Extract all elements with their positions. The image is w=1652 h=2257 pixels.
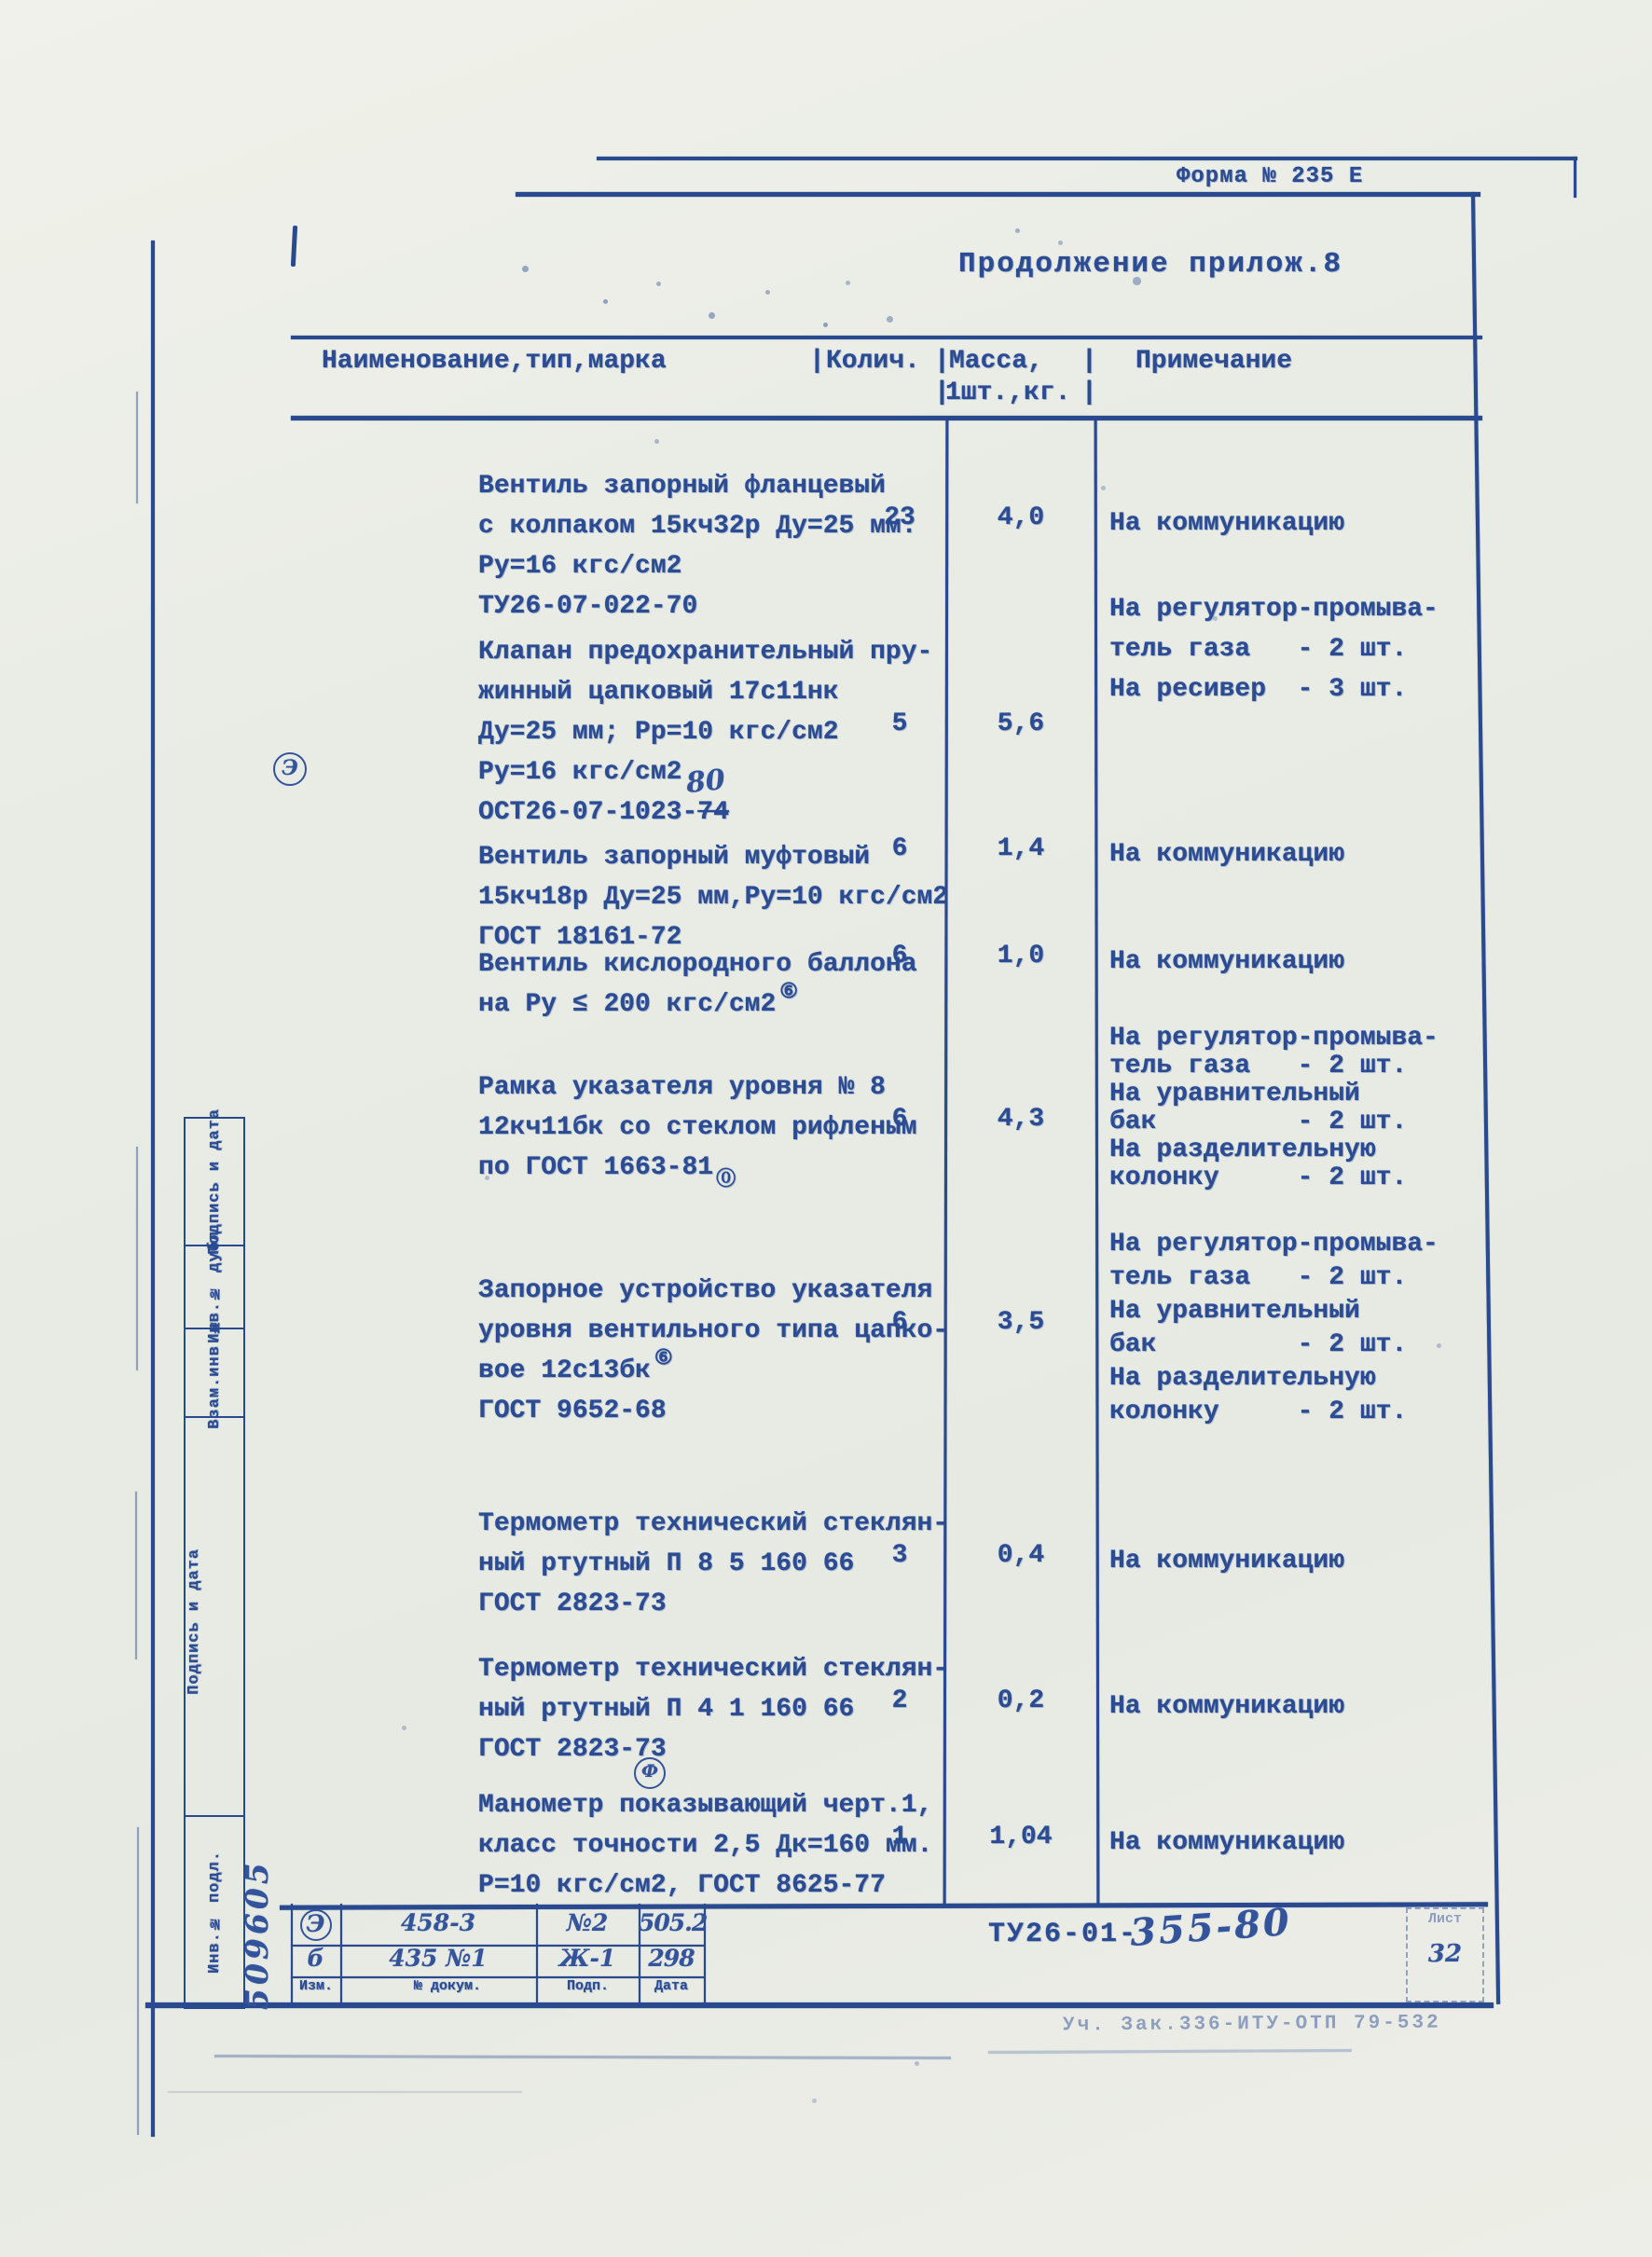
item-name-lines: Клапан предохранительный пру- жинный цап… [322, 589, 928, 790]
mass-cell: 1,04 [951, 1742, 1091, 1851]
note-line: На регулятор-промыва- [1109, 1025, 1487, 1053]
item-name-lines: Термометр технический стеклян- ный ртутн… [322, 1461, 928, 1581]
item-name-line: Рамка указателя уровня № 8 [322, 1025, 928, 1065]
note-cell: На регулятор-промыва-тель газа - 2 шт.На… [1109, 1228, 1487, 1429]
item-name-line: Ру=16 кгс/см2 [322, 503, 928, 544]
item-name-line: 15кч18р Ду=25 мм,Ру=10 кгс/см2 [322, 834, 928, 874]
change-mark: б [307, 1945, 324, 1972]
label-dokum: № докум. [364, 1978, 531, 1994]
date-cell: 505.2 [639, 1909, 704, 1936]
side-strip-box: Подпись и дата [184, 1416, 245, 1817]
signature-cell: №2 [536, 1909, 639, 1936]
qty-cell: 1 [839, 1742, 960, 1851]
item-name-lines: Вентиль запорный муфтовый 15кч18р Ду=25 … [322, 794, 928, 915]
qty-cell: 6 [839, 901, 960, 970]
item-name-line: класс точности 2,5 Дк=160 мм.Ф [322, 1782, 928, 1823]
item-name-line: Термометр технический стеклян- [322, 1461, 928, 1501]
mass-cell: 1,0 [951, 901, 1091, 970]
note-cell: На коммуникацию [1109, 901, 1487, 982]
item-name-line: ТУ26-07-022-70 [322, 544, 928, 584]
circled-note-mark: ⑥ [779, 972, 798, 1012]
change-mark-cell: б [291, 1945, 340, 1972]
margin-annotation: Э [273, 752, 307, 786]
note-line: На разделительную [1109, 1362, 1487, 1396]
note-line: тель газа - 2 шт. [1109, 1053, 1487, 1080]
signature-cell: Ж-1 [536, 1945, 639, 1972]
note-line: На коммуникацию [1109, 503, 1487, 544]
change-mark-cell: Э [291, 1909, 340, 1941]
note-line: На коммуникацию [1109, 1823, 1487, 1863]
item-name-line: ный ртутный П 8 5 160 66 [322, 1501, 928, 1541]
side-strip: Подпись и дата Инв.№ дубл Взам.инв.№ Под… [184, 1117, 245, 2009]
label-izm: Изм. [293, 1978, 339, 1994]
mass-cell: 3,5 [951, 1228, 1091, 1337]
item-name-line: Ру=16 кгс/см2 [322, 709, 928, 750]
item-name-line: с колпаком 15кч32р Ду=25 мм. [322, 463, 928, 503]
item-name-text: по ГОСТ 1663-81 [478, 1153, 713, 1182]
item-name-line: ГОСТ 9652-68 [322, 1348, 928, 1388]
item-name-line: Вентиль запорный муфтовый [322, 794, 928, 834]
item-name-lines: Запорное устройство указателя уровня вен… [322, 1228, 928, 1388]
note-cell: На коммуникацию [1109, 1461, 1487, 1581]
note-line: тель газа - 2 шт. [1109, 629, 1487, 669]
item-name-line: 12кч11бк со стеклом рифленым [322, 1065, 928, 1105]
side-strip-label: Взам.инв.№ [206, 1316, 224, 1429]
note-line: На коммуникацию [1109, 942, 1487, 982]
mass-cell: 4,3 [951, 1025, 1091, 1134]
qty-cell: 2 [839, 1606, 960, 1715]
qty-cell: 23 [839, 423, 960, 532]
note-line: бак - 2 шт. [1109, 1108, 1487, 1136]
item-name-text: на Ру ≤ 200 кгс/см2 [478, 990, 776, 1019]
item-name-text: Р=10 кгс/см2, ГОСТ 8625-77 [478, 1871, 886, 1900]
qty-cell: 3 [839, 1461, 960, 1570]
note-cell: На регулятор-промыва-тель газа - 2 шт.На… [1109, 1025, 1487, 1192]
change-mark: Э [300, 1909, 332, 1941]
item-name-line: Вентиль запорный фланцевый [322, 423, 928, 463]
item-name-line: Запорное устройство указателя [322, 1228, 928, 1268]
date-cell: 298 [639, 1945, 704, 1972]
item-name-line: Манометр показывающий черт.1, [322, 1742, 928, 1782]
item-name-lines: Термометр технический стеклян- ный ртутн… [322, 1606, 928, 1727]
paper-speckles [0, 0, 3, 3]
mass-cell: 5,6 [951, 589, 1091, 738]
inventory-number: 509605 [239, 1842, 275, 2010]
note-line: На коммуникацию [1109, 1686, 1487, 1727]
item-name-line: вое 12с13бк⑥ [322, 1308, 928, 1348]
document-number-typed: ТУ26-01- [988, 1919, 1137, 1950]
side-strip-box: Взам.инв.№ [184, 1328, 245, 1418]
doc-number-cell: 458-3 [340, 1909, 536, 1936]
doc-number-cell: 435 №1 [340, 1945, 536, 1972]
qty-cell: 6 [839, 1228, 960, 1337]
mass-cell: 4,0 [951, 423, 1091, 532]
item-name-line: ный ртутный П 4 1 160 66 [322, 1646, 928, 1686]
side-strip-box: Подпись и дата [184, 1117, 245, 1246]
note-line: На коммуникацию [1109, 1541, 1487, 1581]
item-name-line: жинный цапковый 17с11нк [322, 629, 928, 669]
note-line: На разделительную [1109, 1136, 1487, 1164]
note-cell: На коммуникацию [1109, 1742, 1487, 1863]
item-name-lines: Манометр показывающий черт.1, класс точн… [322, 1742, 928, 1863]
item-name-line: уровня вентильного типа цапко- [322, 1268, 928, 1308]
label-podp: Подп. [544, 1978, 632, 1994]
item-name-line: ЭОСТ26-07-1023-7480 [322, 750, 928, 790]
scanned-page: Форма № 235 Е Продолжение прилож.8 Наиме… [0, 0, 1652, 2257]
note-line: На уравнительный [1109, 1295, 1487, 1328]
qty-cell: 6 [839, 794, 960, 863]
sheet-label: Лист [1408, 1911, 1482, 1927]
note-line: На регулятор-промыва- [1109, 589, 1487, 629]
note-line: бак - 2 шт. [1109, 1328, 1487, 1362]
floating-circled-mark: Ф [634, 1757, 666, 1789]
item-name-line: Вентиль кислородного баллона [322, 901, 928, 942]
item-name-line: Ду=25 мм; Рр=10 кгс/см2 [322, 669, 928, 709]
note-cell: На коммуникацию [1109, 423, 1487, 544]
mass-cell: 0,4 [951, 1461, 1091, 1570]
circled-note-mark-sub: ⓪ [716, 1161, 736, 1201]
sheet-box: Лист 32 [1406, 1907, 1484, 2002]
note-line: На регулятор-промыва- [1109, 1228, 1487, 1261]
qty-cell: 5 [839, 589, 960, 738]
mass-cell: 1,4 [951, 794, 1091, 863]
side-strip-label: Подпись и дата [186, 1548, 203, 1695]
mass-cell: 0,2 [951, 1606, 1091, 1715]
item-name-lines: Рамка указателя уровня № 8 12кч11бк со с… [322, 1025, 928, 1145]
item-name-line: Клапан предохранительный пру- [322, 589, 928, 629]
sheet-number: 32 [1408, 1940, 1482, 1968]
item-name-line: по ГОСТ 1663-81⓪ [322, 1105, 928, 1145]
side-strip-label: Инв.№ подл. [206, 1851, 224, 1974]
note-cell: На регулятор-промыва-тель газа - 2 шт.На… [1109, 589, 1487, 709]
note-line: колонку - 2 шт. [1109, 1396, 1487, 1429]
item-name-lines: Вентиль кислородного баллона на Ру ≤ 200… [322, 901, 928, 982]
item-name-lines: Вентиль запорный фланцевый с колпаком 15… [322, 423, 928, 584]
note-cell: На коммуникацию [1109, 1606, 1487, 1727]
item-name-line: Р=10 кгс/см2, ГОСТ 8625-77 [322, 1823, 928, 1863]
side-strip-box: Инв.№ подл. [184, 1815, 245, 2009]
stamp-text: Уч. Зак.336-ИТУ-ОТП 79-532 [1063, 2013, 1441, 2037]
faint-line [168, 2091, 522, 2093]
note-line: На коммуникацию [1109, 834, 1487, 874]
item-name-line: Термометр технический стеклян- [322, 1606, 928, 1646]
item-name-line: ГОСТ 2823-73 [322, 1686, 928, 1727]
note-line: На уравнительный [1109, 1080, 1487, 1108]
qty-cell: 6 [839, 1025, 960, 1134]
note-cell: На коммуникацию [1109, 794, 1487, 874]
note-line: колонку - 2 шт. [1109, 1164, 1487, 1192]
item-name-line: ГОСТ 2823-73 [322, 1541, 928, 1581]
item-name-line: на Ру ≤ 200 кгс/см2⑥ [322, 942, 928, 982]
item-name-text: ГОСТ 9652-68 [478, 1397, 667, 1425]
label-data: Дата [642, 1978, 700, 1994]
note-line: На ресивер - 3 шт. [1109, 669, 1487, 709]
note-line: тель газа - 2 шт. [1109, 1261, 1487, 1295]
